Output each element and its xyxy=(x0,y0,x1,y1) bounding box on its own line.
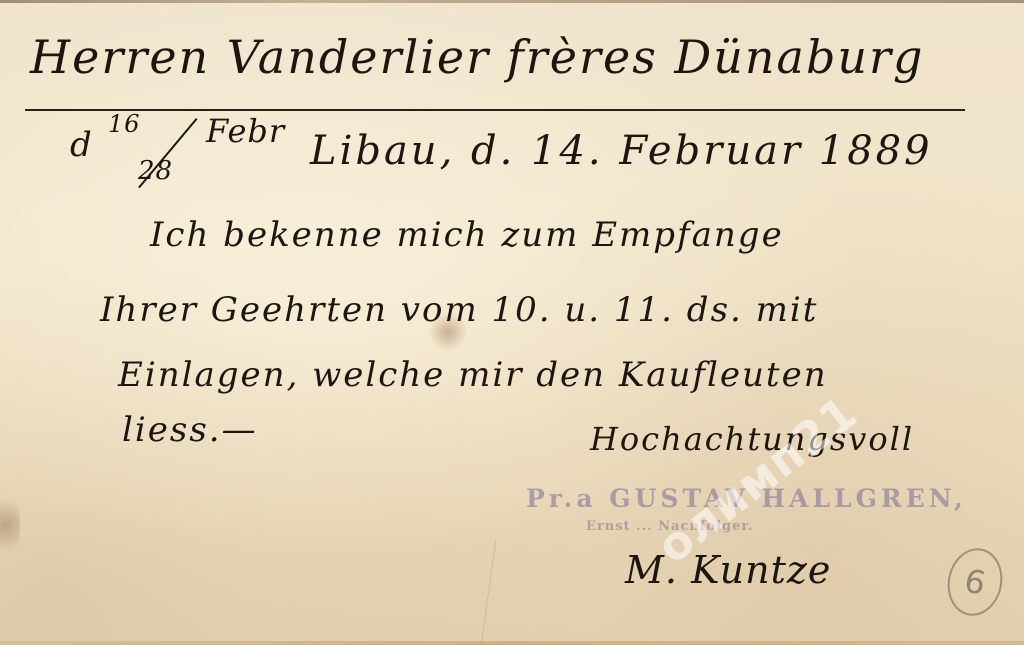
date-prefix: d xyxy=(70,125,93,165)
address-line: Herren Vanderlier frères Dünaburg xyxy=(30,30,925,84)
ink-stain xyxy=(0,490,20,560)
signature: M. Kuntze xyxy=(625,548,831,592)
body-line-1: Ich bekenne mich zum Empfange xyxy=(150,215,784,255)
body-line-4: liess.— xyxy=(122,410,258,450)
date-fraction-top: 16 xyxy=(108,110,141,138)
paper-bottom-edge xyxy=(0,641,1024,645)
date-month-short: Febr xyxy=(206,112,285,150)
stamp-subtitle: Ernst ... Nachfolger. xyxy=(586,519,967,534)
watermark: олимп21 xyxy=(647,385,868,574)
body-line-3: Einlagen, welche mir den Kaufleuten xyxy=(118,355,828,395)
body-line-2: Ihrer Geehrten vom 10. u. 11. ds. mit xyxy=(100,290,818,330)
paper-top-edge xyxy=(0,0,1024,3)
page-number: 6 xyxy=(961,561,989,602)
postcard: Herren Vanderlier frères Dünaburg d 16 2… xyxy=(0,0,1024,645)
address-underline xyxy=(25,109,965,111)
circled-page-number: 6 xyxy=(942,543,1009,621)
date-line: Libau, d. 14. Februar 1889 xyxy=(310,128,933,174)
paper-crease xyxy=(481,540,497,644)
